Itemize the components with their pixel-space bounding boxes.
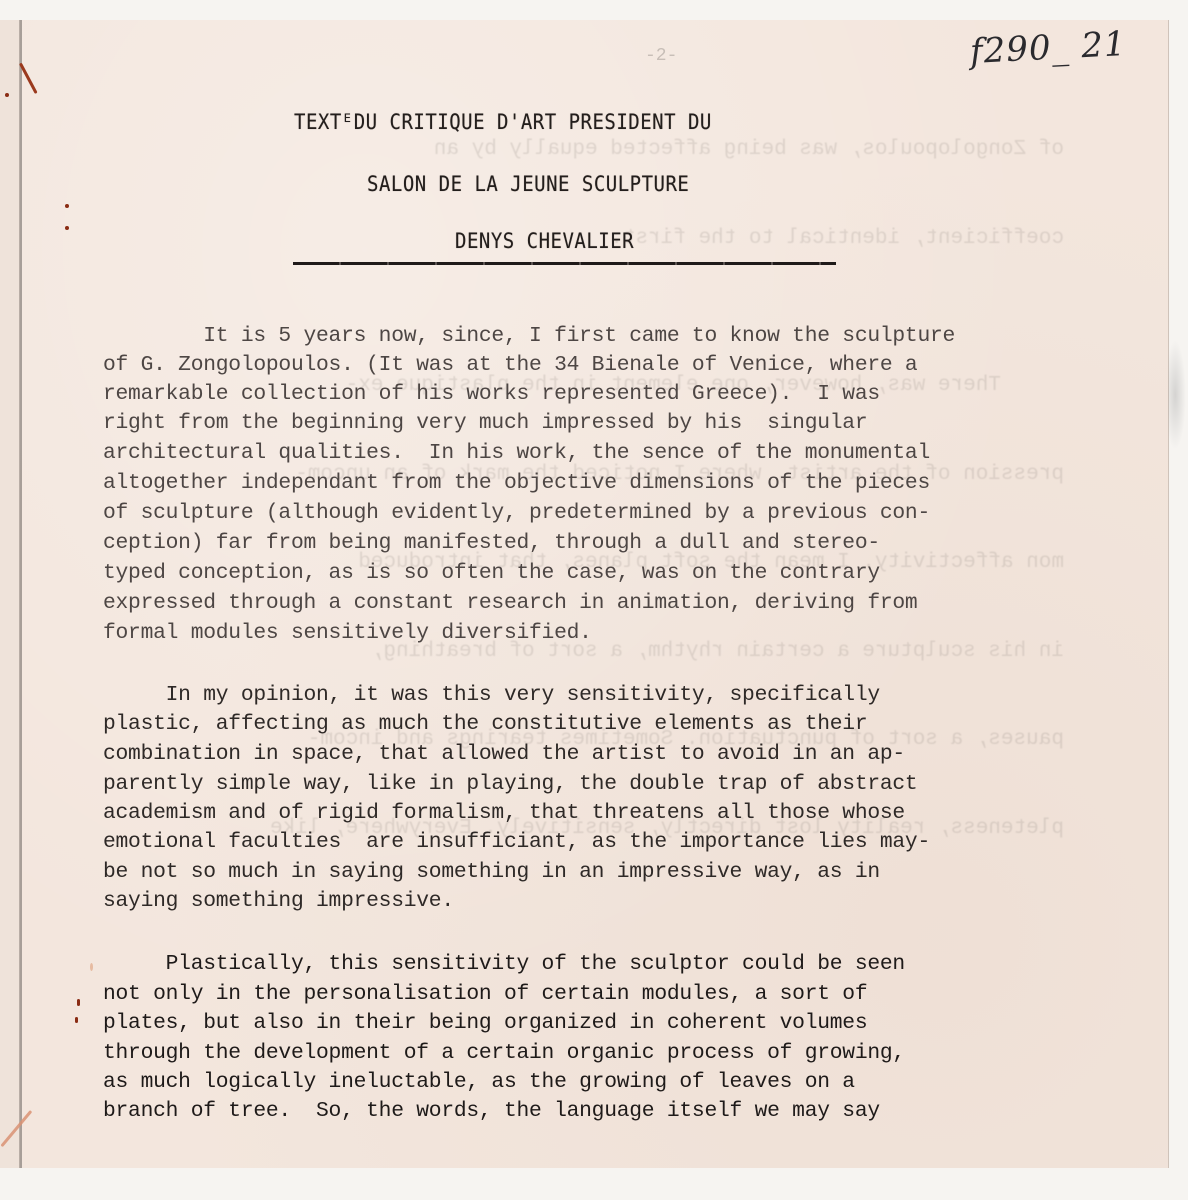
bleed-line: coefficient, identical to the first. (270, 224, 1064, 254)
text-line: formal modules sensitively diversified. (103, 621, 592, 645)
text-line: expressed through a constant research in… (103, 591, 917, 615)
margin-dot-icon (75, 1017, 78, 1023)
text-line: plastic, affecting as much the constitut… (103, 712, 867, 736)
text-line: through the development of a certain org… (103, 1041, 905, 1065)
text-line: It is 5 years now, since, I first came t… (103, 324, 955, 348)
adjacent-page-edge (0, 20, 20, 1168)
page-fold-line (20, 20, 22, 1168)
text-line: ception) far from being manifested, thro… (103, 531, 880, 555)
text-line: of G. Zongolopoulos. (It was at the 34 B… (103, 353, 917, 377)
text-line: right from the beginning very much impre… (103, 411, 867, 435)
bleed-line: of Zongolopoulos, was being affected equ… (270, 135, 1064, 165)
text-line: Plastically, this sensitivity of the scu… (103, 952, 905, 976)
margin-dot-icon (90, 963, 93, 971)
margin-dot-icon (77, 999, 80, 1006)
text-line: remarkable collection of his works repre… (103, 382, 880, 406)
heading-line-2: SALON DE LA JEUNE SCULPTURE (367, 172, 689, 197)
margin-dot-icon (65, 226, 69, 230)
text-line: branch of tree. So, the words, the langu… (103, 1099, 880, 1123)
text-line: plates, but also in their being organize… (103, 1011, 867, 1035)
smudge (1168, 340, 1186, 450)
margin-dot-icon (65, 204, 69, 208)
text-line: not only in the personalisation of certa… (103, 982, 867, 1006)
author-name: DENYS CHEVALIER (455, 229, 634, 254)
heading-line-1: TEXTᴱDU CRITIQUE D'ART PRESIDENT DU (294, 110, 712, 135)
margin-dot-icon (5, 93, 9, 97)
text-line: typed conception, as is so often the cas… (103, 561, 880, 585)
text-line: be not so much in saying something in an… (103, 860, 880, 884)
text-line: saying something impressive. (103, 889, 454, 913)
text-line: as much logically ineluctable, as the gr… (103, 1070, 855, 1094)
text-line: of sculpture (although evidently, predet… (103, 501, 930, 525)
author-underline (293, 262, 836, 265)
text-line: emotional faculties are insufficiant, as… (103, 830, 930, 854)
scanned-document: of Zongolopoulos, was being affected equ… (0, 0, 1188, 1200)
reverse-page-number: -2- (645, 46, 677, 66)
text-line: combination in space, that allowed the a… (103, 742, 905, 766)
text-line: altogether independant from the objectiv… (103, 471, 930, 495)
text-line: academism and of rigid formalism, that t… (103, 801, 905, 825)
archive-reference-handwritten: f290_ 21 (969, 24, 1127, 72)
text-line: architectural qualities. In his work, th… (103, 441, 930, 465)
text-line: In my opinion, it was this very sensitiv… (103, 683, 880, 707)
text-line: parently simple way, like in playing, th… (103, 772, 917, 796)
